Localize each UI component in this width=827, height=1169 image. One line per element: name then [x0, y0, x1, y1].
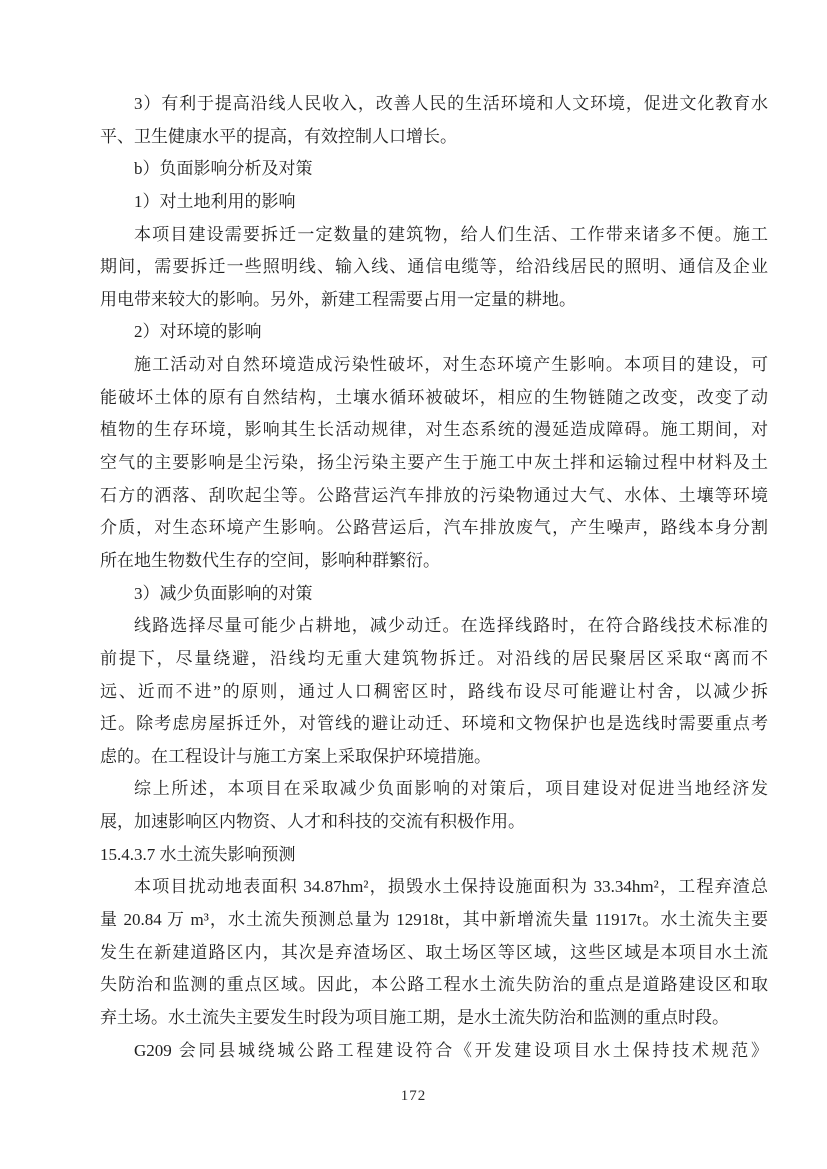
heading-2-environment-impact: 2）对环境的影响: [100, 316, 768, 349]
heading-3-countermeasures: 3）减少负面影响的对策: [100, 578, 768, 611]
text-line: 本项目扰动地表面积 34.87hm²，损毁水土保持设施面积为 33.34hm²，…: [100, 871, 768, 904]
text-line: 展，加速影响区内物资、人才和科技的交流有积极作用。: [100, 806, 768, 839]
text-line: b）负面影响分析及对策: [100, 153, 768, 186]
text-line: 综上所述，本项目在采取减少负面影响的对策后，项目建设对促进当地经济发: [100, 773, 768, 806]
heading-15-4-3-7-soil-erosion: 15.4.3.7 水土流失影响预测: [100, 839, 768, 872]
text-line: 虑的。在工程设计与施工方案上采取保护环境措施。: [100, 741, 768, 774]
text-line: G209 会同县城绕城公路工程建设符合《开发建设项目水土保持技术规范》: [100, 1035, 768, 1068]
text-line: 失防治和监测的重点区域。因此，本公路工程水土流失防治的重点是道路建设区和取: [100, 969, 768, 1002]
text-line: 发生在新建道路区内，其次是弃渣场区、取土场区等区域，这些区域是本项目水土流: [100, 937, 768, 970]
text-line: 空气的主要影响是尘污染，扬尘污染主要产生于施工中灰土拌和运输过程中材料及土: [100, 447, 768, 480]
text-line: 植物的生存环境，影响其生长活动规律，对生态系统的漫延造成障碍。施工期间，对: [100, 414, 768, 447]
heading-1-land-use-impact: 1）对土地利用的影响: [100, 186, 768, 219]
text-line: 线路选择尽量可能少占耕地，减少动迁。在选择线路时，在符合路线技术标准的: [100, 610, 768, 643]
document-page: 3）有利于提高沿线人民收入，改善人民的生活环境和人文环境，促进文化教育水平、卫生…: [0, 0, 827, 1169]
para-positive-impact-item3: 3）有利于提高沿线人民收入，改善人民的生活环境和人文环境，促进文化教育水平、卫生…: [100, 88, 768, 153]
text-line: 1）对土地利用的影响: [100, 186, 768, 219]
text-line: 平、卫生健康水平的提高，有效控制人口增长。: [100, 121, 768, 154]
text-line: 施工活动对自然环境造成污染性破坏，对生态环境产生影响。本项目的建设，可: [100, 349, 768, 382]
text-line: 15.4.3.7 水土流失影响预测: [100, 839, 768, 872]
text-line: 迁。除考虑房屋拆迁外，对管线的避让动迁、环境和文物保护也是选线时需要重点考: [100, 708, 768, 741]
text-line: 2）对环境的影响: [100, 316, 768, 349]
para-g209-compliance: G209 会同县城绕城公路工程建设符合《开发建设项目水土保持技术规范》: [100, 1035, 768, 1068]
document-body: 3）有利于提高沿线人民收入，改善人民的生活环境和人文环境，促进文化教育水平、卫生…: [100, 88, 768, 1067]
text-line: 本项目建设需要拆迁一定数量的建筑物，给人们生活、工作带来诸多不便。施工: [100, 219, 768, 252]
text-line: 期间，需要拆迁一些照明线、输入线、通信电缆等，给沿线居民的照明、通信及企业: [100, 251, 768, 284]
para-land-use-impact: 本项目建设需要拆迁一定数量的建筑物，给人们生活、工作带来诸多不便。施工期间，需要…: [100, 219, 768, 317]
text-line: 弃土场。水土流失主要发生时段为项目施工期，是水土流失防治和监测的重点时段。: [100, 1002, 768, 1035]
text-line: 能破坏土体的原有自然结构，土壤水循环被破坏，相应的生物链随之改变，改变了动: [100, 382, 768, 415]
para-soil-erosion-prediction: 本项目扰动地表面积 34.87hm²，损毁水土保持设施面积为 33.34hm²，…: [100, 871, 768, 1034]
text-line: 3）有利于提高沿线人民收入，改善人民的生活环境和人文环境，促进文化教育水: [100, 88, 768, 121]
para-countermeasures: 线路选择尽量可能少占耕地，减少动迁。在选择线路时，在符合路线技术标准的前提下，尽…: [100, 610, 768, 773]
text-line: 前提下，尽量绕避，沿线均无重大建筑物拆迁。对沿线的居民聚居区采取“离而不: [100, 643, 768, 676]
text-line: 所在地生物数代生存的空间，影响种群繁衍。: [100, 545, 768, 578]
text-line: 用电带来较大的影响。另外，新建工程需要占用一定量的耕地。: [100, 284, 768, 317]
para-environment-impact: 施工活动对自然环境造成污染性破坏，对生态环境产生影响。本项目的建设，可能破坏土体…: [100, 349, 768, 577]
para-summary: 综上所述，本项目在采取减少负面影响的对策后，项目建设对促进当地经济发展，加速影响…: [100, 773, 768, 838]
text-line: 3）减少负面影响的对策: [100, 578, 768, 611]
text-line: 远、近而不进”的原则，通过人口稠密区时，路线布设尽可能避让村舍，以减少拆: [100, 676, 768, 709]
text-line: 石方的洒落、刮吹起尘等。公路营运汽车排放的污染物通过大气、水体、土壤等环境: [100, 480, 768, 513]
text-line: 量 20.84 万 m³，水土流失预测总量为 12918t，其中新增流失量 11…: [100, 904, 768, 937]
heading-b-negative-impact: b）负面影响分析及对策: [100, 153, 768, 186]
text-line: 介质，对生态环境产生影响。公路营运后，汽车排放废气，产生噪声，路线本身分割: [100, 512, 768, 545]
page-number: 172: [0, 1088, 827, 1105]
